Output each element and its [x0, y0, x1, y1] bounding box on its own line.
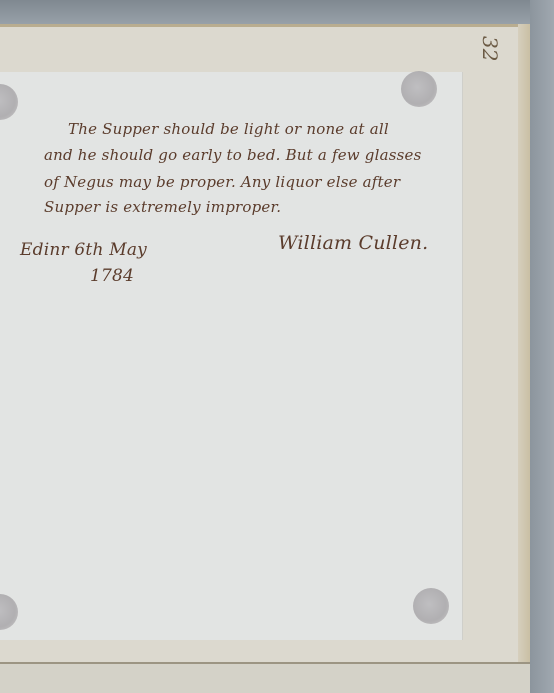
- year: 1784: [90, 266, 134, 286]
- wax-seal-top-right: [401, 71, 437, 107]
- wax-seal-top-left: [0, 84, 18, 120]
- backdrop-right: [530, 0, 554, 693]
- mount-bottom-edge: [0, 662, 530, 693]
- body-line-2: and he should go early to bed. But a few…: [44, 146, 422, 164]
- letter-sheet: The Supper should be light or none at al…: [0, 72, 463, 640]
- body-line-3: of Negus may be proper. Any liquor else …: [44, 173, 400, 191]
- wax-seal-bottom-left: [0, 594, 18, 630]
- wax-seal-bottom-right: [413, 588, 449, 624]
- body-line-4: Supper is extremely improper.: [44, 198, 281, 216]
- body-line-1: The Supper should be light or none at al…: [68, 120, 389, 138]
- backdrop-top: [0, 0, 554, 24]
- mount-edge: [518, 24, 530, 674]
- page-number: 32: [478, 36, 502, 61]
- signature: William Cullen.: [278, 232, 428, 254]
- place-date: Edinr 6th May: [20, 240, 147, 260]
